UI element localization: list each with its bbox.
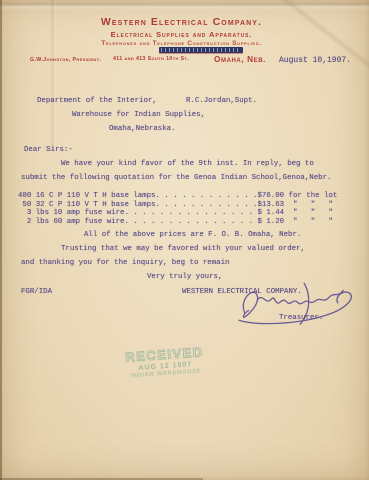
letterhead-street-address: 411 and 413 South 10th St.	[113, 56, 189, 62]
body-paragraph-line: submit the following quotation for the G…	[21, 174, 331, 182]
closing-line: Trusting that we may be favored with you…	[61, 245, 305, 253]
closing-line: and thanking you for the inquiry, beg to…	[21, 259, 229, 267]
letterhead-president-line: G.W.Johnston, President.	[30, 57, 101, 63]
fob-note: All of the above prices are F. O. B. Oma…	[84, 231, 301, 239]
body-paragraph-line: We have your kind favor of the 9th inst.…	[61, 160, 314, 168]
scan-edge	[0, 0, 2, 480]
valediction: Very truly yours,	[147, 273, 222, 281]
reference-initials: FGR/IDA	[21, 288, 52, 296]
recipient-department: Department of the Interior,	[37, 97, 157, 105]
letterhead-company-name: Western Electrical Company.	[0, 16, 363, 28]
quotation-row: 50 32 C P 110 V T H base lamps. . . . . …	[18, 201, 333, 209]
letterhead-tagline-2: Telephones and Telephone Construction Su…	[0, 40, 363, 47]
received-stamp: RECEIVED AUG 12 1907 INDIAN WAREHOUSE	[115, 344, 215, 381]
overprint-bar	[159, 47, 243, 53]
paper-crease	[0, 0, 369, 11]
quotation-row: 3 lbs 10 amp fuse wire. . . . . . . . . …	[18, 209, 333, 217]
recipient-attention: R.C.Jordan,Supt.	[186, 97, 257, 105]
letter-page: Western Electrical Company. Electrical S…	[0, 0, 369, 480]
salutation: Dear Sirs:-	[24, 146, 73, 154]
typed-date: August 10,1907.	[279, 56, 351, 65]
letterhead-city: Omaha, Neb.	[214, 55, 266, 64]
recipient-city: Omaha,Nebraska.	[109, 125, 176, 133]
handwritten-signature	[229, 276, 363, 331]
quotation-row: 2 lbs 60 amp fuse wire. . . . . . . . . …	[18, 218, 333, 226]
letterhead-tagline-1: Electrical Supplies and Apparatus.	[0, 30, 363, 39]
scan-vignette	[0, 0, 369, 480]
paper-crease	[0, 0, 369, 9]
signer-title: Treasurer.	[279, 314, 323, 322]
recipient-organization: Warehouse for Indian Supplies,	[72, 111, 205, 119]
quotation-row: 400 16 C P 110 V T H base lamps. . . . .…	[18, 192, 337, 200]
